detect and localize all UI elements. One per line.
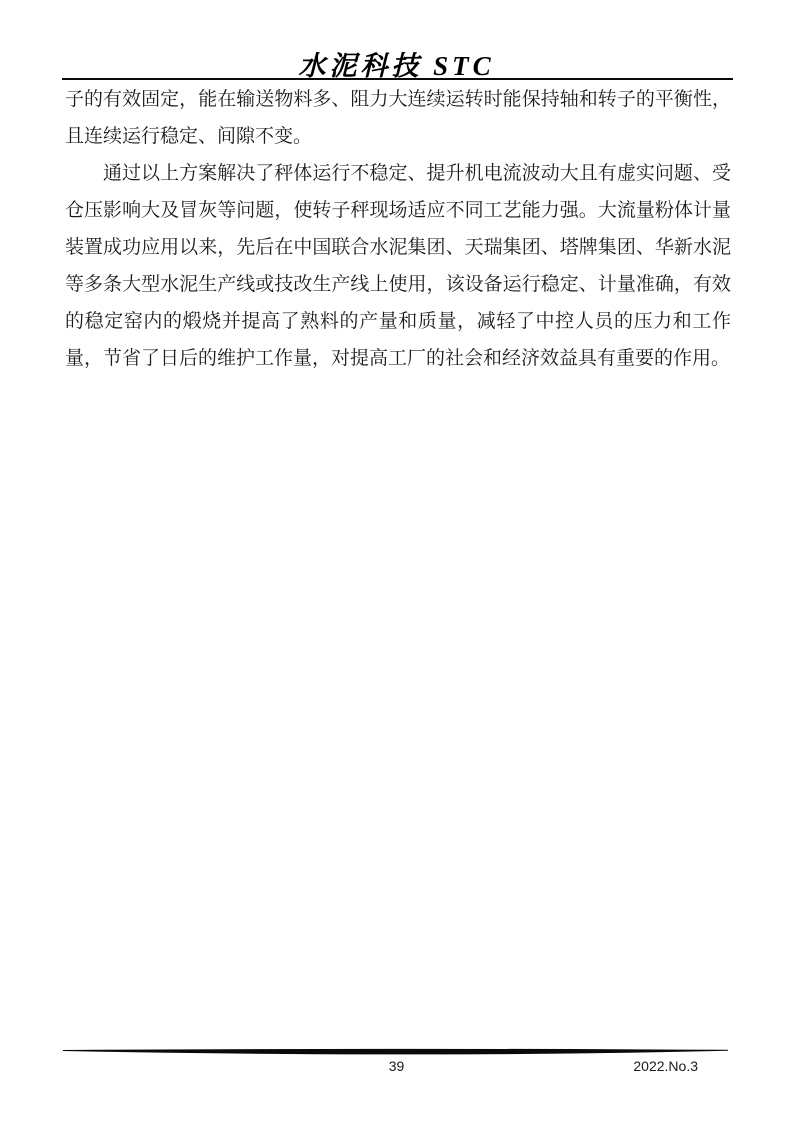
paragraph-conclusion: 通过以上方案解决了秤体运行不稳定、提升机电流波动大且有虚实问题、受仓压影响大及冒… xyxy=(65,155,731,377)
article-body: 子的有效固定，能在输送物料多、阻力大连续运转时能保持轴和转子的平衡性，且连续运行… xyxy=(65,81,731,377)
header-rule xyxy=(62,78,733,80)
footer-rule-line xyxy=(63,1047,728,1056)
footer-rule xyxy=(63,1047,728,1056)
issue-label: 2022.No.3 xyxy=(633,1058,698,1074)
document-page: 水泥科技 STC 子的有效固定，能在输送物料多、阻力大连续运转时能保持轴和转子的… xyxy=(0,0,793,1122)
paragraph-continuation: 子的有效固定，能在输送物料多、阻力大连续运转时能保持轴和转子的平衡性，且连续运行… xyxy=(65,81,731,155)
